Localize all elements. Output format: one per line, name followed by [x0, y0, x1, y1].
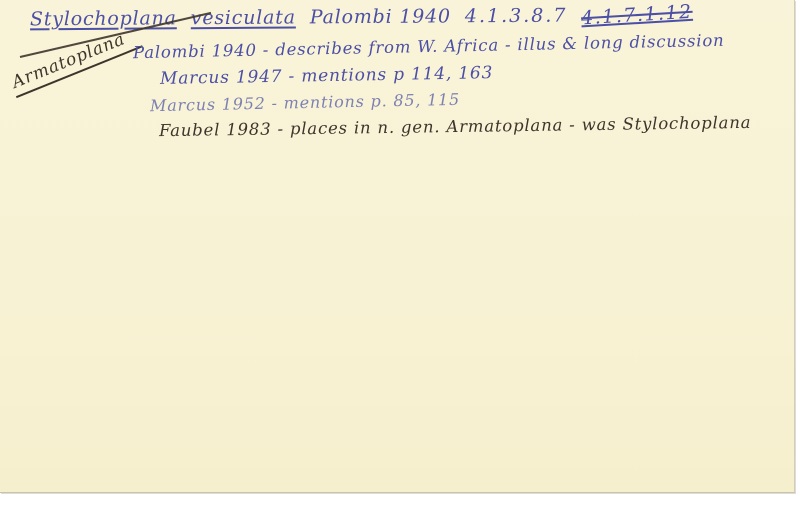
crossed-out-catalog-number: 4.1.7.1.12: [581, 1, 694, 30]
entry-line-marcus-1947: Marcus 1947 - mentions p 114, 163: [160, 63, 493, 89]
species-name: vesiculata: [191, 6, 296, 29]
entry-line-marcus-1952: Marcus 1952 - mentions p. 85, 115: [150, 90, 460, 115]
index-card: StylochoplanavesiculataPalombi 19404.1.3…: [0, 0, 795, 493]
margin-annotation-new-genus: Armatoplana: [7, 24, 143, 98]
catalog-number: 4.1.3.8.7: [465, 5, 568, 28]
author-citation: Palombi 1940: [310, 5, 451, 28]
entry-line-palombi-1940: Palombi 1940 - describes from W. Africa …: [133, 31, 725, 62]
entry-line-faubel-1983: Faubel 1983 - places in n. gen. Armatopl…: [159, 113, 752, 140]
